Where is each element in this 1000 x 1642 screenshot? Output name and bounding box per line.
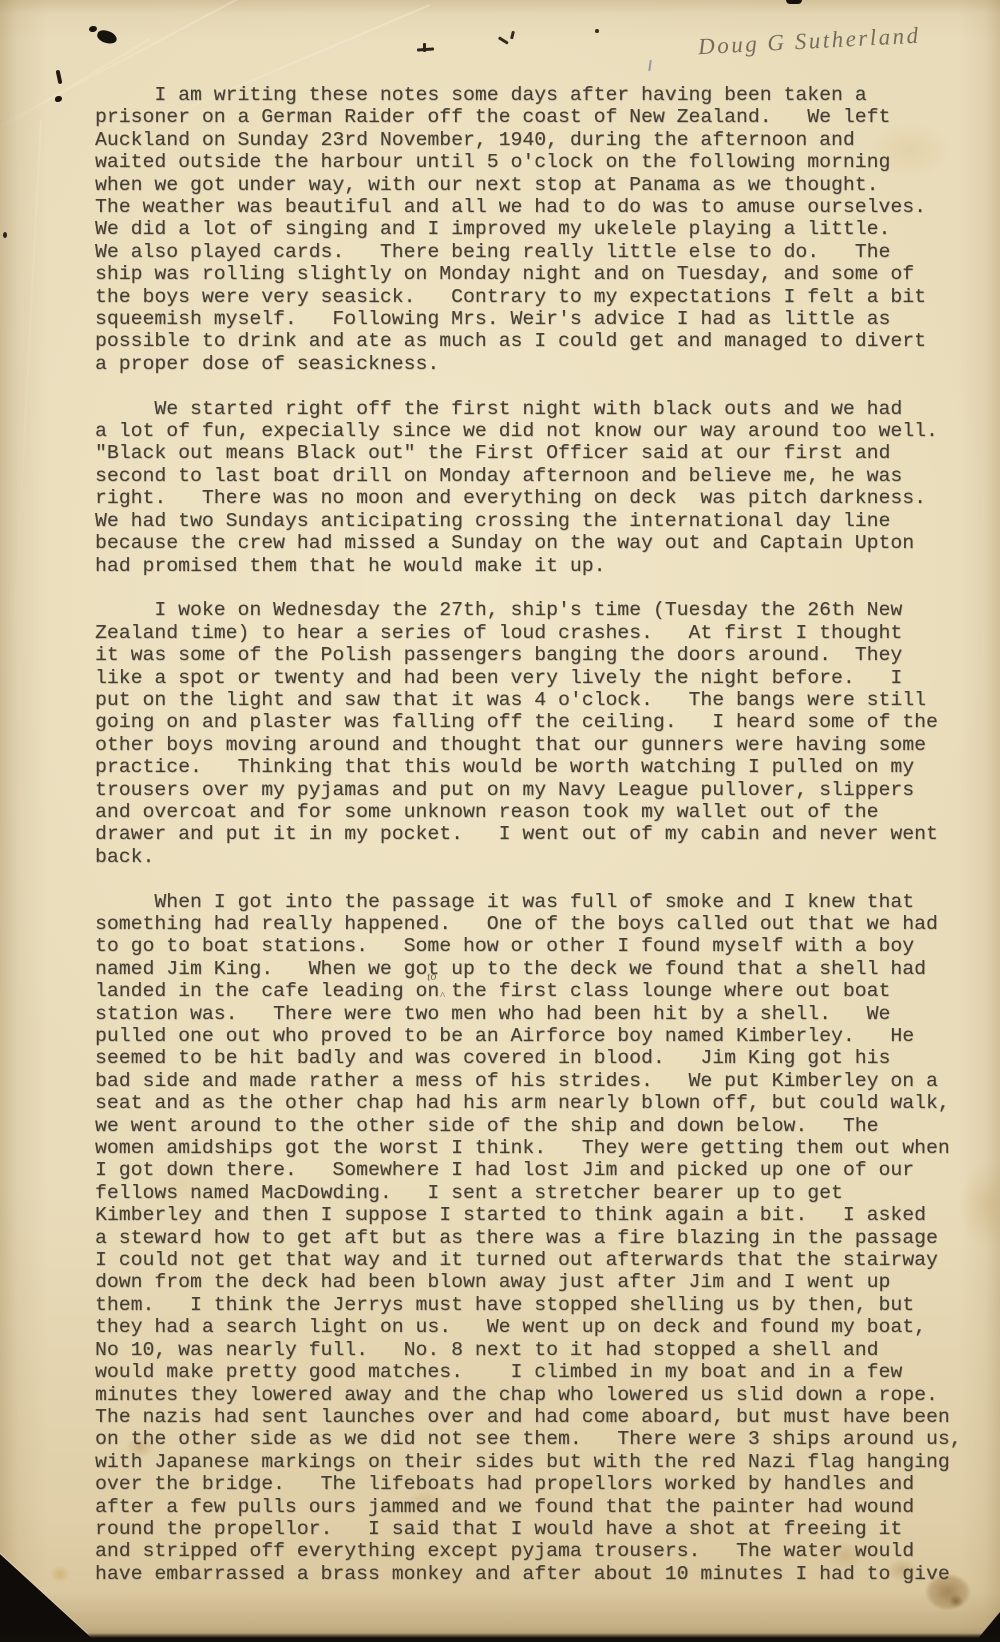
- paragraph-waking-attack: I woke on Wednesday the 27th, ship's tim…: [95, 599, 962, 868]
- document-page: Doug G Sutherland I am writing these not…: [0, 0, 1000, 1642]
- pencil-tick-mark: [648, 60, 652, 71]
- ink-blot-mark: [89, 25, 98, 32]
- ink-tick-mark: [56, 70, 63, 85]
- ink-speck-mark: [3, 232, 7, 238]
- edge-notch-mark: [786, 0, 802, 4]
- paragraph-boat-stations: When I got into the passage it was full …: [95, 891, 962, 1586]
- paragraph-blackouts: We started right off the first night wit…: [95, 398, 962, 577]
- insertion-caret-mark: ^: [440, 990, 445, 1002]
- handwritten-signature: Doug G Sutherland: [697, 22, 938, 61]
- typed-text-block: I am writing these notes some days after…: [95, 84, 962, 1585]
- pencil-dot-mark: [595, 29, 599, 33]
- scan-bottom-edge: [0, 1633, 1000, 1642]
- pencil-cross-mark: [417, 47, 434, 51]
- pencil-check-mark: [510, 31, 514, 39]
- pencil-check-mark: [498, 36, 509, 44]
- handwritten-insertion: to: [426, 969, 437, 985]
- paragraph-voyage-start: I am writing these notes some days after…: [95, 84, 962, 375]
- pencil-cross-mark: [423, 43, 426, 52]
- paper-crease: [11, 120, 42, 679]
- ink-speck-mark: [55, 96, 62, 102]
- ink-blot-mark: [96, 29, 118, 46]
